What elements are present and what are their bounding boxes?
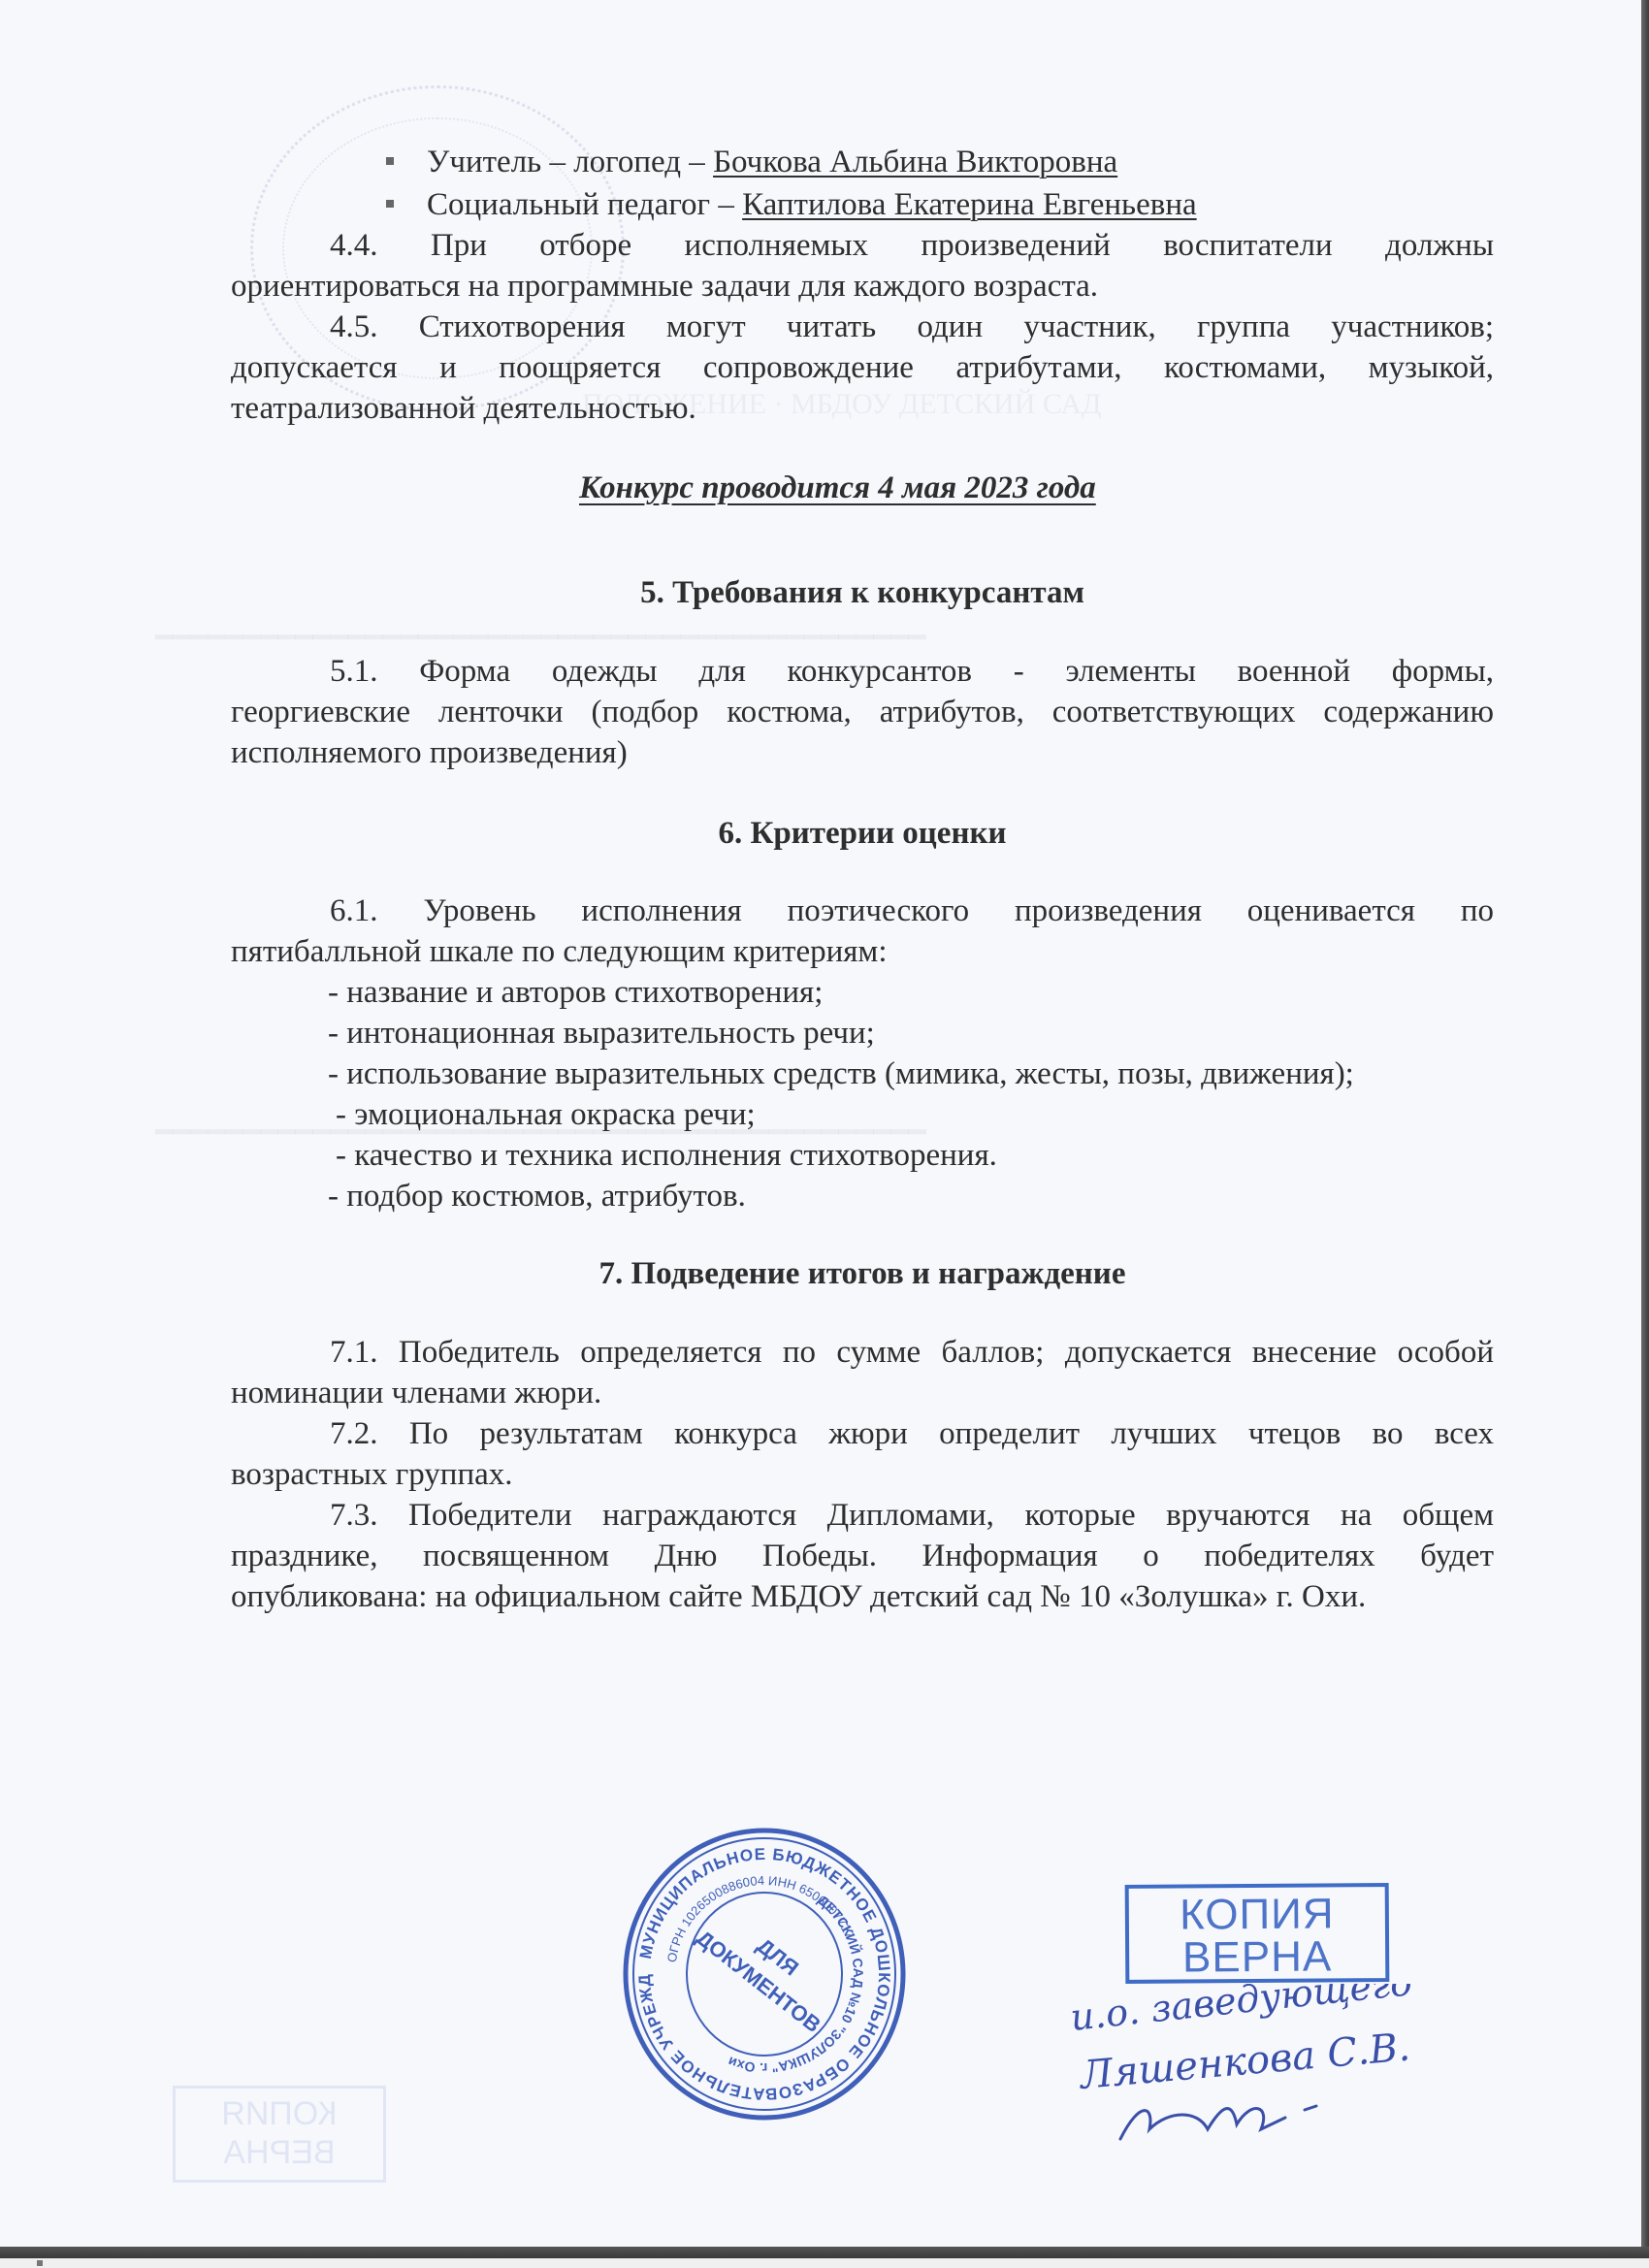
criteria-item: - эмоциональная окраска речи;: [336, 1096, 756, 1134]
scan-edge-bottom: [0, 2247, 1649, 2258]
criteria-item: - качество и техника исполнения стихотво…: [336, 1137, 997, 1175]
scan-edge-strip: [0, 2258, 1649, 2268]
bullet-icon: [386, 200, 394, 208]
staff-item: Социальный педагог – Каптилова Екатерина…: [386, 186, 1197, 224]
staff-role: Социальный педагог –: [427, 187, 742, 222]
clause-7-2-line1: 7.2. По результатам конкурса жюри опреде…: [330, 1415, 1494, 1453]
clause-5-1-line1: 5.1. Форма одежды для конкурсантов - эле…: [330, 653, 1494, 691]
section-7-heading: 7. Подведение итогов и награждение: [231, 1255, 1494, 1293]
criteria-item: - название и авторов стихотворения;: [328, 974, 823, 1012]
staff-name: Каптилова Екатерина Евгеньевна: [742, 187, 1197, 222]
copy-verified-stamp: КОПИЯ ВЕРНА: [1125, 1883, 1390, 1984]
scan-edge-right: [1641, 0, 1649, 2268]
seal-center-line2: ДОКУМЕНТОВ: [692, 1926, 825, 2037]
seal-graphic: МУНИЦИПАЛЬНОЕ БЮДЖЕТНОЕ ДОШКОЛЬНОЕ ОБРАЗ…: [619, 1824, 910, 2124]
contest-date: Конкурс проводится 4 мая 2023 года: [579, 470, 1096, 507]
clause-4-4-line2: ориентироваться на программные задачи дл…: [231, 268, 1098, 306]
bleedthrough-text: ━━━━━━━━━━━━━━━━━━━━━━━━━━━━━━━━━━━━━━━━…: [155, 621, 926, 655]
clause-6-1-line2: пятибалльной шкале по следующим критерия…: [231, 933, 887, 971]
handwritten-signature: и.о. заведующего Ляшенкова С.В.: [1062, 1984, 1489, 2149]
staff-name: Бочкова Альбина Викторовна: [713, 145, 1117, 179]
criteria-item: - подбор костюмов, атрибутов.: [328, 1178, 746, 1215]
clause-7-1-line1: 7.1. Победитель определяется по сумме ба…: [330, 1334, 1494, 1372]
staff-role: Учитель – логопед –: [427, 145, 713, 179]
scanned-page: ПОЛОЖЕНИЕ · МБДОУ ДЕТСКИЙ САД ━━━━━━━━━━…: [0, 0, 1641, 2247]
ghost-stamp-line2: ВЕРНА: [176, 2133, 383, 2172]
clause-4-5-line2: допускается и поощряется сопровождение а…: [231, 349, 1494, 387]
clause-7-3-line1: 7.3. Победители награждаются Дипломами, …: [330, 1497, 1494, 1535]
scan-mark: [37, 2260, 43, 2266]
staff-item: Учитель – логопед – Бочкова Альбина Викт…: [386, 144, 1117, 181]
copy-stamp-line1: КОПИЯ: [1129, 1893, 1385, 1937]
clause-4-5-line1: 4.5. Стихотворения могут читать один уча…: [330, 308, 1494, 346]
section-5-heading: 5. Требования к конкурсантам: [231, 574, 1494, 612]
mirrored-copy-stamp-bleedthrough: КОПИЯ ВЕРНА: [173, 2086, 386, 2183]
criteria-item: - интонационная выразительность речи;: [328, 1015, 875, 1053]
ghost-stamp-line1: КОПИЯ: [176, 2094, 383, 2133]
copy-stamp-line2: ВЕРНА: [1129, 1935, 1385, 1980]
clause-7-3-line3: опубликована: на официальном сайте МБДОУ…: [231, 1578, 1366, 1616]
signature-line2: Ляшенкова С.В.: [1077, 2025, 1412, 2098]
clause-5-1-line2: георгиевские ленточки (подбор костюма, а…: [231, 694, 1494, 731]
clause-7-2-line2: возрастных группах.: [231, 1456, 513, 1494]
bullet-icon: [386, 157, 394, 165]
clause-6-1-line1: 6.1. Уровень исполнения поэтического про…: [330, 892, 1494, 930]
signature-graphic: и.о. заведующего Ляшенкова С.В.: [1062, 1984, 1489, 2149]
clause-7-1-line2: номинации членами жюри.: [231, 1375, 601, 1412]
clause-5-1-line3: исполняемого произведения): [231, 734, 628, 772]
clause-7-3-line2: празднике, посвященном Дню Победы. Инфор…: [231, 1538, 1494, 1575]
clause-4-5-line3: театрализованной деятельностью.: [231, 390, 696, 428]
criteria-item: - использование выразительных средств (м…: [328, 1055, 1354, 1093]
round-seal: МУНИЦИПАЛЬНОЕ БЮДЖЕТНОЕ ДОШКОЛЬНОЕ ОБРАЗ…: [619, 1824, 910, 2124]
signature-scribble: [1120, 2106, 1316, 2139]
clause-4-4-line1: 4.4. При отборе исполняемых произведений…: [330, 227, 1494, 265]
section-6-heading: 6. Критерии оценки: [231, 815, 1494, 853]
